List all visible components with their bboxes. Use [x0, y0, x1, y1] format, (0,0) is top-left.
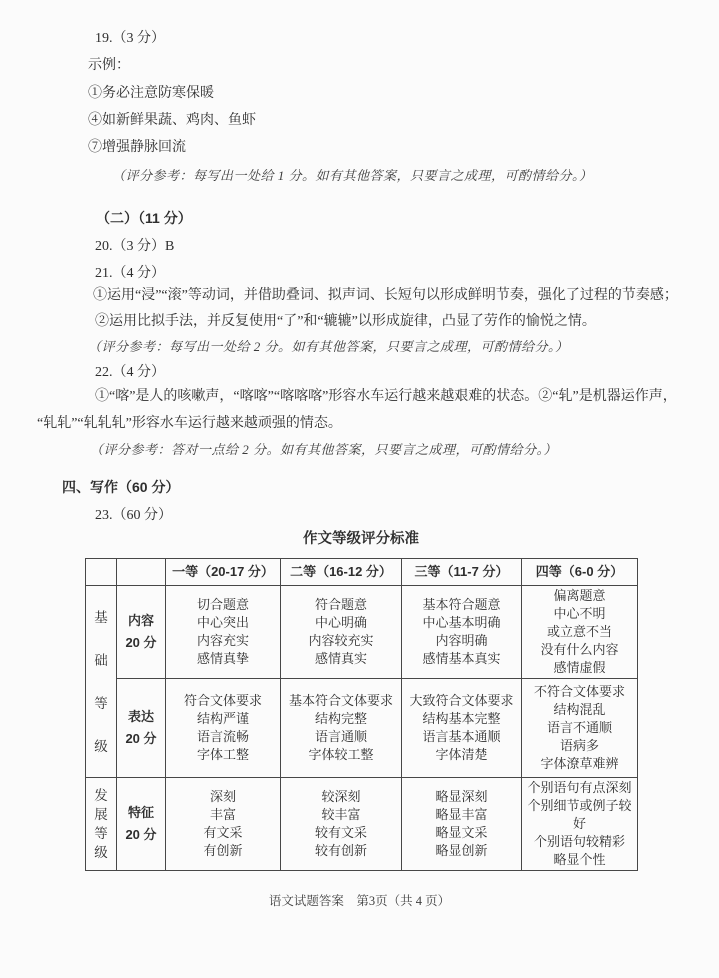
- rubric-header-grade3: 三等（11-7 分）: [402, 559, 522, 586]
- rubric-cell-content-grade3: 基本符合题意 中心基本明确 内容明确 感情基本真实: [402, 586, 522, 679]
- q19-item-2: ④如新鲜果蔬、鸡肉、鱼虾: [88, 107, 256, 134]
- q19-item-3: ⑦增强静脉回流: [88, 134, 186, 161]
- rubric-header-empty-1: [86, 559, 117, 586]
- rubric-cell-feature-grade4: 个别语句有点深刻 个别细节或例子较好 个别语句较精彩 略显个性: [522, 778, 638, 871]
- q23-heading: 23.（60 分）: [95, 502, 172, 529]
- q21-answer-line2: ②运用比拟手法，并反复使用“了”和“辘辘”以形成旋律，凸显了劳作的愉悦之情。: [95, 308, 596, 335]
- q22-answer-line2: “轧轧”“轧轧轧”形容水车运行越来越顽强的情态。: [37, 410, 342, 437]
- q19-heading: 19.（3 分）: [95, 25, 165, 52]
- section4-heading: 四、写作（60 分）: [62, 474, 179, 501]
- rubric-row-feature: 发 展 等 级 特征 20 分 深刻 丰富 有文采 有创新 较深刻 较丰富 较有…: [86, 778, 638, 871]
- rubric-table: 一等（20-17 分） 二等（16-12 分） 三等（11-7 分） 四等（6-…: [85, 558, 638, 871]
- rubric-group-development-label: 发 展 等 级: [86, 778, 117, 871]
- rubric-row-expression: 表达 20 分 符合文体要求 结构严谨 语言流畅 字体工整 基本符合文体要求 结…: [86, 679, 638, 778]
- rubric-cell-feature-grade3: 略显深刻 略显丰富 略显文采 略显创新: [402, 778, 522, 871]
- q20-answer: 20.（3 分）B: [95, 233, 174, 260]
- q22-heading: 22.（4 分）: [95, 359, 165, 386]
- rubric-cell-feature-grade2: 较深刻 较丰富 较有文采 较有创新: [281, 778, 402, 871]
- q22-answer-line1: ①“喀”是人的咳嗽声，“喀喀”“喀喀喀”形容水车运行越来越艰难的状态。②“轧”是…: [95, 383, 677, 410]
- rubric-cell-feature-grade1: 深刻 丰富 有文采 有创新: [166, 778, 281, 871]
- q19-item-1: ①务必注意防寒保暖: [88, 80, 214, 107]
- rubric-title: 作文等级评分标准: [85, 526, 637, 553]
- q19-scoring-note: （评分参考：每写出一处给 1 分。如有其他答案，只要言之成理，可酌情给分。）: [112, 162, 593, 189]
- rubric-rowlabel-content: 内容 20 分: [117, 586, 166, 679]
- page-footer: 语文试题答案 第3页（共 4 页）: [0, 888, 719, 915]
- rubric-cell-expression-grade1: 符合文体要求 结构严谨 语言流畅 字体工整: [166, 679, 281, 778]
- section2-heading: （二）（11 分）: [96, 205, 192, 232]
- rubric-cell-content-grade1: 切合题意 中心突出 内容充实 感情真挚: [166, 586, 281, 679]
- rubric-cell-expression-grade3: 大致符合文体要求 结构基本完整 语言基本通顺 字体清楚: [402, 679, 522, 778]
- q21-scoring-note: （评分参考：每写出一处给 2 分。如有其他答案，只要言之成理，可酌情给分。）: [88, 333, 569, 360]
- q19-example-label: 示例：: [88, 52, 130, 79]
- rubric-header-row: 一等（20-17 分） 二等（16-12 分） 三等（11-7 分） 四等（6-…: [86, 559, 638, 586]
- rubric-header-grade2: 二等（16-12 分）: [281, 559, 402, 586]
- rubric-rowlabel-feature: 特征 20 分: [117, 778, 166, 871]
- rubric-header-grade4: 四等（6-0 分）: [522, 559, 638, 586]
- rubric-cell-expression-grade2: 基本符合文体要求 结构完整 语言通顺 字体较工整: [281, 679, 402, 778]
- rubric-cell-content-grade4: 偏离题意 中心不明 或立意不当 没有什么内容 感情虚假: [522, 586, 638, 679]
- rubric-rowlabel-expression: 表达 20 分: [117, 679, 166, 778]
- rubric-group-basic-label: 基 础 等 级: [86, 586, 117, 778]
- answer-sheet-page: 19.（3 分） 示例： ①务必注意防寒保暖 ④如新鲜果蔬、鸡肉、鱼虾 ⑦增强静…: [0, 0, 719, 978]
- rubric-row-content: 基 础 等 级 内容 20 分 切合题意 中心突出 内容充实 感情真挚 符合题意…: [86, 586, 638, 679]
- rubric-cell-content-grade2: 符合题意 中心明确 内容较充实 感情真实: [281, 586, 402, 679]
- rubric-header-empty-2: [117, 559, 166, 586]
- rubric-cell-expression-grade4: 不符合文体要求 结构混乱 语言不通顺 语病多 字体潦草难辨: [522, 679, 638, 778]
- q21-answer-line1: ①运用“浸”“滚”等动词，并借助叠词、拟声词、长短句以形成鲜明节奏，强化了过程的…: [93, 282, 678, 309]
- rubric-header-grade1: 一等（20-17 分）: [166, 559, 281, 586]
- q22-scoring-note: （评分参考：答对一点给 2 分。如有其他答案，只要言之成理，可酌情给分。）: [90, 436, 557, 463]
